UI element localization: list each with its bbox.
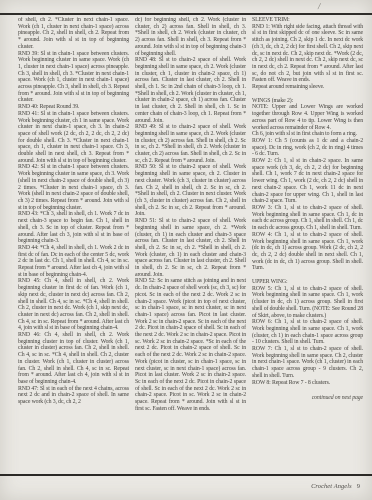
paragraph-rnd-40: RND 40: Repeat Round 39. <box>18 104 129 111</box>
paragraph-continuation: of shell, ch 2. *Cluster in next chain-1… <box>18 17 129 51</box>
paragraph-wings-note: NOTE: Upper and Lower Wings are worked t… <box>252 104 363 131</box>
paragraph-rnd-43: RND 43: *Ch 3, shell in shell, ch 1. Wor… <box>18 211 129 245</box>
paragraph-rnd-42: RND 42: Sl st in chain-1 space between c… <box>18 164 129 211</box>
paragraph-row-6: ROW 6: Ch 1, sl st to chain-2 space of s… <box>252 319 363 346</box>
section-heading-upper-wing: UPPER WING: <box>252 279 363 286</box>
column-1: of shell, ch 2. *Cluster in next chain-1… <box>18 17 129 470</box>
paragraph-rnd-50: RND 50: Sl st to chain-2 space of shell.… <box>135 164 246 218</box>
bottom-rule <box>0 474 372 476</box>
paragraph-row-1: ROW 1: Ch 5 (counts as 1 dc and a chain-… <box>252 138 363 158</box>
paragraph-row-3: ROW 3: Ch 1, sl st to chain-2 space of s… <box>252 205 363 232</box>
column-3: SLEEVE TRIM: RND 1: With right side faci… <box>252 17 363 470</box>
footer-page-number: 9 <box>357 483 360 490</box>
paragraph-repeat-sleeve: Repeat around remaining sleeve. <box>252 84 363 91</box>
paragraph-rnd-49: RND 49: Sl st to chain-2 space of shell.… <box>135 124 246 164</box>
section-heading-sleeve-trim: SLEEVE TRIM: <box>252 17 363 24</box>
paragraph-row-7: ROW 7: Ch 1, sl st to chain-2 space of s… <box>252 346 363 380</box>
footer-booklet-title: Crochet Angels <box>311 483 352 490</box>
paragraph-row-5: ROW 5: Ch 1, sl st to chain-2 space of s… <box>252 286 363 320</box>
paragraph-rnd-48: RND 48: Sl st to chain-2 space of shell.… <box>135 57 246 124</box>
paragraph-rnd-44: RND 44: *Ch 4, shell in shell, ch 1. Wor… <box>18 245 129 279</box>
paragraph-rnd-39: RND 39: Sl st in chain-1 space between c… <box>18 51 129 105</box>
column-2: dc) for beginning shell, ch 2. Work (clu… <box>135 17 246 470</box>
paragraph-rnd-47: RND 47: Sl st in each of the next 4 chai… <box>18 386 129 406</box>
text-columns: of shell, ch 2. *Cluster in next chain-1… <box>18 17 363 470</box>
paragraph-rnd-41: RND 41: Sl st in chain-1 space between c… <box>18 111 129 165</box>
paragraph-sleeve-rnd-1: RND 1: With right side facing, attach th… <box>252 24 363 84</box>
paragraph-row-4: ROW 4: Ch 1, sl st to chain-2 space of s… <box>252 232 363 272</box>
top-rule <box>0 13 372 15</box>
section-heading-wings: WINGS (make 2): <box>252 98 363 105</box>
document-page: / of shell, ch 2. *Cluster in next chain… <box>0 0 372 500</box>
paragraph-wings-foundation: Ch 6, join with sl st in first chain to … <box>252 131 363 138</box>
paragraph-rnd-46: RND 46: Ch 4, shell in shell, ch 2. Work… <box>18 332 129 386</box>
paragraph-rnd-45: RND 45: Ch 4, shell in shell, ch 2. Work… <box>18 278 129 332</box>
corner-mark: / <box>317 1 321 11</box>
paragraph-rnd-52: RND 52: Sc in same stitch as joining and… <box>135 278 246 412</box>
paragraph-row-2: ROW 2: Ch 1, sl st in chain-2 space. In … <box>252 158 363 205</box>
continued-note: continued on next page <box>252 395 363 402</box>
paragraph-row-8: ROW 8: Repeat Row 7 - 8 clusters. <box>252 380 363 387</box>
paragraph-continuation: dc) for beginning shell, ch 2. Work (clu… <box>135 17 246 57</box>
paragraph-rnd-51: RND 51: Sl st to chain-2 space of shell.… <box>135 218 246 278</box>
page-footer: Crochet Angels9 <box>311 483 360 490</box>
